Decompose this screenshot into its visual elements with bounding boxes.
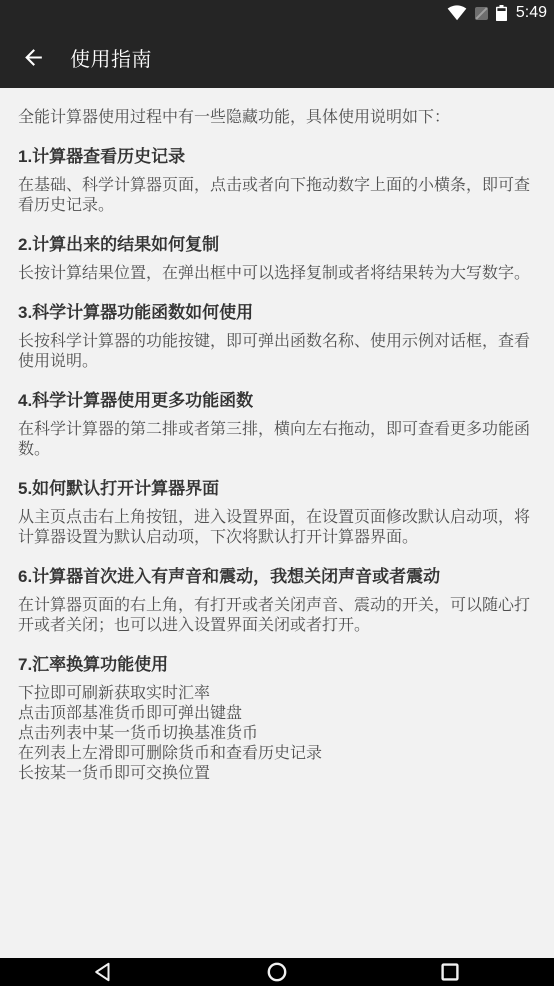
guide-section: 4.科学计算器使用更多功能函数 在科学计算器的第二排或者第三排，横向左右拖动，即… [18, 390, 536, 460]
section-body-line: 长按某一货币即可交换位置 [18, 764, 536, 784]
page-title: 使用指南 [70, 43, 152, 72]
section-body-line: 在列表上左滑即可删除货币和查看历史记录 [18, 744, 536, 764]
status-bar: 5:49 [0, 0, 554, 26]
app-screen: 5:49 使用指南 全能计算器使用过程中有一些隐藏功能，具体使用说明如下： 1.… [0, 0, 554, 986]
section-body-line: 在计算器页面的右上角，有打开或者关闭声音、震动的开关，可以随心打开或者关闭；也可… [18, 596, 536, 636]
section-body-line: 长按计算结果位置，在弹出框中可以选择复制或者将结果转为大写数字。 [18, 264, 536, 284]
arrow-left-icon [21, 45, 46, 70]
section-heading: 7.汇率换算功能使用 [18, 654, 536, 676]
guide-section: 5.如何默认打开计算器界面 从主页点击右上角按钮，进入设置界面，在设置页面修改默… [18, 478, 536, 548]
guide-section: 7.汇率换算功能使用 下拉即可刷新获取实时汇率点击顶部基准货币即可弹出键盘点击列… [18, 654, 536, 784]
guide-sections: 1.计算器查看历史记录 在基础、科学计算器页面，点击或者向下拖动数字上面的小横条… [18, 146, 536, 784]
section-heading: 2.计算出来的结果如何复制 [18, 234, 536, 256]
guide-section: 1.计算器查看历史记录 在基础、科学计算器页面，点击或者向下拖动数字上面的小横条… [18, 146, 536, 216]
battery-icon [496, 5, 507, 21]
nav-recents-button[interactable] [420, 958, 480, 986]
section-heading: 5.如何默认打开计算器界面 [18, 478, 536, 500]
section-body-line: 在基础、科学计算器页面，点击或者向下拖动数字上面的小横条，即可查看历史记录。 [18, 176, 536, 216]
nav-back-button[interactable] [73, 958, 133, 986]
navigation-bar [0, 958, 554, 986]
home-circle-icon [267, 962, 287, 982]
guide-content[interactable]: 全能计算器使用过程中有一些隐藏功能，具体使用说明如下： 1.计算器查看历史记录 … [0, 88, 554, 958]
wifi-icon [447, 5, 467, 21]
no-sim-icon [474, 6, 489, 21]
status-time: 5:49 [516, 0, 547, 26]
section-heading: 3.科学计算器功能函数如何使用 [18, 302, 536, 324]
guide-intro: 全能计算器使用过程中有一些隐藏功能，具体使用说明如下： [18, 108, 536, 128]
section-body-line: 点击顶部基准货币即可弹出键盘 [18, 704, 536, 724]
section-heading: 4.科学计算器使用更多功能函数 [18, 390, 536, 412]
guide-section: 3.科学计算器功能函数如何使用 长按科学计算器的功能按键，即可弹出函数名称、使用… [18, 302, 536, 372]
guide-section: 2.计算出来的结果如何复制 长按计算结果位置，在弹出框中可以选择复制或者将结果转… [18, 234, 536, 284]
guide-section: 6.计算器首次进入有声音和震动，我想关闭声音或者震动 在计算器页面的右上角，有打… [18, 566, 536, 636]
section-heading: 6.计算器首次进入有声音和震动，我想关闭声音或者震动 [18, 566, 536, 588]
back-triangle-icon [93, 962, 113, 982]
section-body-line: 点击列表中某一货币切换基准货币 [18, 724, 536, 744]
back-button[interactable] [20, 44, 46, 70]
section-body-line: 在科学计算器的第二排或者第三排，横向左右拖动，即可查看更多功能函数。 [18, 420, 536, 460]
section-body-line: 下拉即可刷新获取实时汇率 [18, 684, 536, 704]
section-heading: 1.计算器查看历史记录 [18, 146, 536, 168]
section-body-line: 长按科学计算器的功能按键，即可弹出函数名称、使用示例对话框，查看使用说明。 [18, 332, 536, 372]
nav-home-button[interactable] [247, 958, 307, 986]
app-bar: 使用指南 [0, 26, 554, 88]
recents-square-icon [441, 963, 459, 981]
section-body-line: 从主页点击右上角按钮，进入设置界面，在设置页面修改默认启动项，将计算器设置为默认… [18, 508, 536, 548]
